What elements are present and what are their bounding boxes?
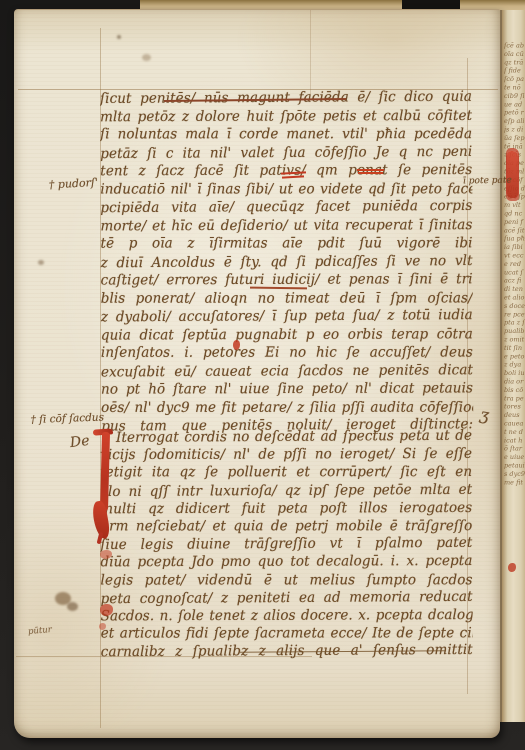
manuscript-line: inducatiō nil' ī ſinas ſibi/ ut eo videt… — [100, 180, 472, 198]
manuscript-photo: { "manuscript": { "paragraph1_lines": [ … — [0, 0, 525, 750]
manuscript-line: peta cognoſcat/ z peniteti ea ad memoria… — [101, 588, 473, 608]
margin-gloss-right: ī pote pate — [463, 176, 512, 187]
manuscript-line: blis ponerat/ alioqn no timeat deū ī ſpm… — [101, 289, 473, 307]
manuscript-line: qrm neſciebat/ et quia de petrj mobile ē… — [100, 518, 472, 536]
manuscript-line: inſenſatos. i. petores Ei no hic ſe accu… — [101, 344, 473, 362]
text-paragraph-2: Iterrogat cordis no deſcēdat ad ſpectus … — [100, 428, 473, 662]
paragraph-end-mark: ʒ — [479, 404, 491, 424]
manuscript-line: vicijs ſodomiticis/ nl' de pſſi no ierog… — [100, 446, 472, 465]
manuscript-line: z dyaboli/ accuſatores/ ī ſup peta ſua/ … — [101, 307, 473, 328]
fore-edge-next-leaf: ſcē ab oīa cū qz trāſ fide ſcō pate nō c… — [500, 10, 525, 722]
manuscript-page: ſicut penitēs/ nūs magunt faciēda ē/ ſic… — [14, 9, 500, 738]
manuscript-line: pcipiēda vita aīe/ quecūqz facet puniēda… — [100, 197, 472, 218]
manuscript-line: quia dicat ſeptūa pugnabit p eo orbis te… — [101, 325, 473, 344]
manuscript-line: ſi noluntas mala ī corde manet. vtil' pħ… — [100, 126, 472, 144]
text-paragraph-1: ſicut penitēs/ nūs magunt faciēda ē/ ſic… — [100, 89, 473, 436]
manuscript-line: tē p oīa z īſirmitas aīe pdit ſuū vigorē… — [101, 235, 473, 253]
stain — [67, 602, 78, 611]
manuscript-line: z diuī Ancoldus ē ſty. qd ſi pdicaſſes ſ… — [101, 252, 473, 273]
manuscript-line: Sacdos. n. ſole tenet z alios docere. x.… — [101, 607, 473, 626]
manuscript-line: morte/ et hīc eū deſiderio/ ut vita recu… — [100, 216, 472, 235]
manuscript-line: excuſabit eū/ caueat ecia ſacdos ne peni… — [101, 361, 473, 382]
manuscript-line: oēs/ nl' dyc9 me fit petare/ z ſilia pſſ… — [101, 399, 473, 417]
stain — [117, 35, 121, 39]
red-underline-je-a — [357, 169, 384, 171]
parchment-crease — [310, 10, 311, 94]
manuscript-line: et articulos fidi ſepte ſacrameta ecce/ … — [101, 625, 473, 643]
manuscript-line: diūa pcepta Jdo pmo quo tot decalogū. i.… — [100, 553, 472, 572]
stain — [38, 260, 44, 265]
manuscript-line: Iterrogat cordis no deſcēdat ad ſpectus … — [100, 427, 472, 447]
manuscript-line: ſiue legis diuine trāſgreſſio vt ī pſalm… — [100, 535, 472, 555]
manuscript-line: no pt hō ſtare nl' uiue ſine peto/ nl' d… — [101, 380, 473, 399]
margin-note-confessio: † ſi cōf ſacdus — [16, 411, 104, 426]
margin-note-bottom: pūtur — [28, 625, 53, 637]
manuscript-line: petāz ſi c ita nil' valet ſua cōfeſſio J… — [100, 143, 472, 164]
fore-edge-red-dot — [508, 563, 516, 572]
red-underline-je-b — [358, 172, 383, 174]
rubric-initial-i — [92, 429, 116, 541]
manuscript-line: tent z ſacz facē ſit pativs/ qm ponat ſe… — [100, 162, 472, 181]
manuscript-line: legis patet/ videndū ē ut melius ſumpto … — [101, 571, 473, 589]
manuscript-line: mlta petōz z dolore huit ſpōte petis et … — [100, 107, 472, 126]
margin-note-initial-label: De — [69, 433, 90, 451]
manuscript-line: tetigit ita qz ſe polluerit et corrūpert… — [100, 464, 472, 482]
manuscript-line: vlo ni qſſ intr luxurioſa/ qz ipſ ſepe p… — [100, 481, 472, 501]
rubric-initial-stem — [100, 432, 110, 512]
stain — [142, 54, 151, 61]
fore-edge-rubric-initial — [507, 151, 518, 198]
margin-note-pudor: † pudorſ' — [16, 176, 99, 193]
manuscript-line: multi qz didicert fuit peta poſt illos i… — [100, 499, 472, 518]
